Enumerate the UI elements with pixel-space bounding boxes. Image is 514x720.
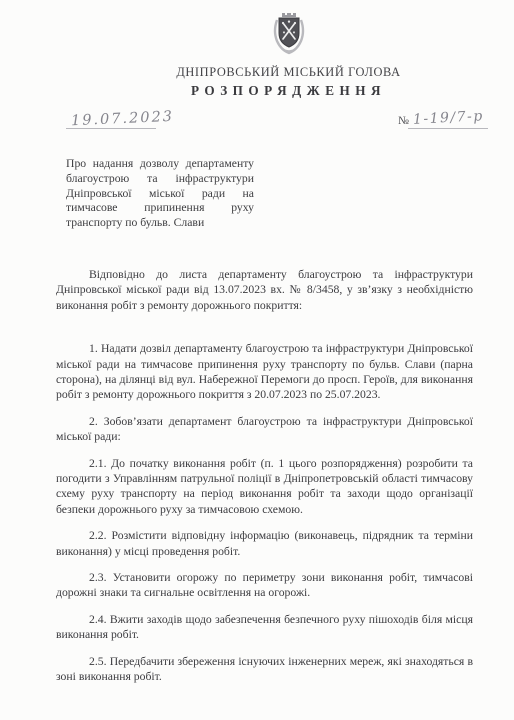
handwritten-document-number: 1-19/7-р bbox=[413, 108, 485, 128]
body-paragraph: 2.2. Розмістити відповідну інформацію (в… bbox=[56, 528, 473, 559]
body-paragraph: Відповідно до листа департаменту благоус… bbox=[56, 267, 473, 313]
body-paragraph: 1. Надати дозвіл департаменту благоустро… bbox=[56, 341, 473, 403]
document-number-label: № bbox=[398, 115, 409, 127]
document-header: ДНІПРОВСЬКИЙ МІСЬКИЙ ГОЛОВА РОЗПОРЯДЖЕНН… bbox=[104, 11, 473, 99]
requisites-row: 19.07.2023 № 1-19/7-р bbox=[0, 107, 514, 134]
body-paragraph: 2.1. До початку виконання робіт (п. 1 ць… bbox=[56, 456, 473, 518]
date-underline bbox=[66, 128, 156, 129]
body-paragraph: 2.3. Установити огорожу по периметру зон… bbox=[56, 570, 473, 601]
scanned-document-page: ДНІПРОВСЬКИЙ МІСЬКИЙ ГОЛОВА РОЗПОРЯДЖЕНН… bbox=[0, 0, 514, 720]
organization-name: ДНІПРОВСЬКИЙ МІСЬКИЙ ГОЛОВА bbox=[104, 65, 473, 79]
document-type-title: РОЗПОРЯДЖЕННЯ bbox=[104, 82, 473, 99]
body-paragraph: 2. Зобов’язати департамент благоустрою т… bbox=[56, 414, 473, 445]
document-subject: Про надання дозволу департаменту благоус… bbox=[66, 157, 254, 231]
number-underline bbox=[408, 128, 488, 129]
handwritten-date: 19.07.2023 bbox=[71, 109, 175, 129]
city-coat-of-arms-icon bbox=[271, 11, 307, 55]
body-paragraph: 2.4. Вжити заходів щодо забезпечення без… bbox=[56, 612, 473, 643]
document-body: Відповідно до листа департаменту благоус… bbox=[56, 267, 473, 685]
body-paragraph: 2.5. Передбачити збереження існуючих інж… bbox=[56, 654, 473, 685]
